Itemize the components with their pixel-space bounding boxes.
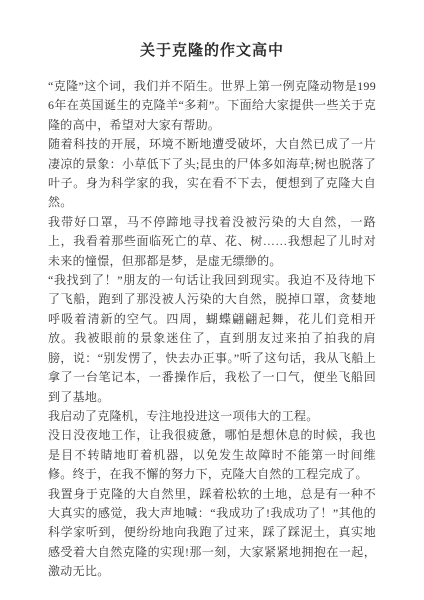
essay-title: 关于克隆的作文高中 <box>48 42 376 60</box>
essay-paragraph-7: 我置身于克隆的大自然里，踩着松软的土地，总是有一种不大真实的感觉，我大声地喊：“… <box>48 485 376 582</box>
essay-paragraph-6: 没日没夜地工作，让我很疲惫，哪怕是想休息的时候，我也是目不转睛地盯着机器，以免发… <box>48 426 376 484</box>
essay-paragraph-4: “我找到了！”朋友的一句话让我回到现实。我迫不及待地下了飞船，跑到了那没被人污染… <box>48 271 376 407</box>
essay-paragraph-2: 随着科技的开展，环境不断地遭受破坏，大自然已成了一片凄凉的景象：小草低下了头;昆… <box>48 135 376 213</box>
essay-paragraph-1: “克隆”这个词，我们并不陌生。世界上第一例克隆动物是1996年在英国诞生的克隆羊… <box>48 77 376 135</box>
essay-paragraph-3: 我带好口罩，马不停蹄地寻找着没被污染的大自然，一路上，我看着那些面临死亡的草、花… <box>48 213 376 271</box>
document-page: 关于克隆的作文高中 “克隆”这个词，我们并不陌生。世界上第一例克隆动物是1996… <box>0 0 424 600</box>
essay-body: “克隆”这个词，我们并不陌生。世界上第一例克隆动物是1996年在英国诞生的克隆羊… <box>48 77 376 582</box>
essay-paragraph-5: 我启动了克隆机，专注地投进这一项伟大的工程。 <box>48 407 376 426</box>
